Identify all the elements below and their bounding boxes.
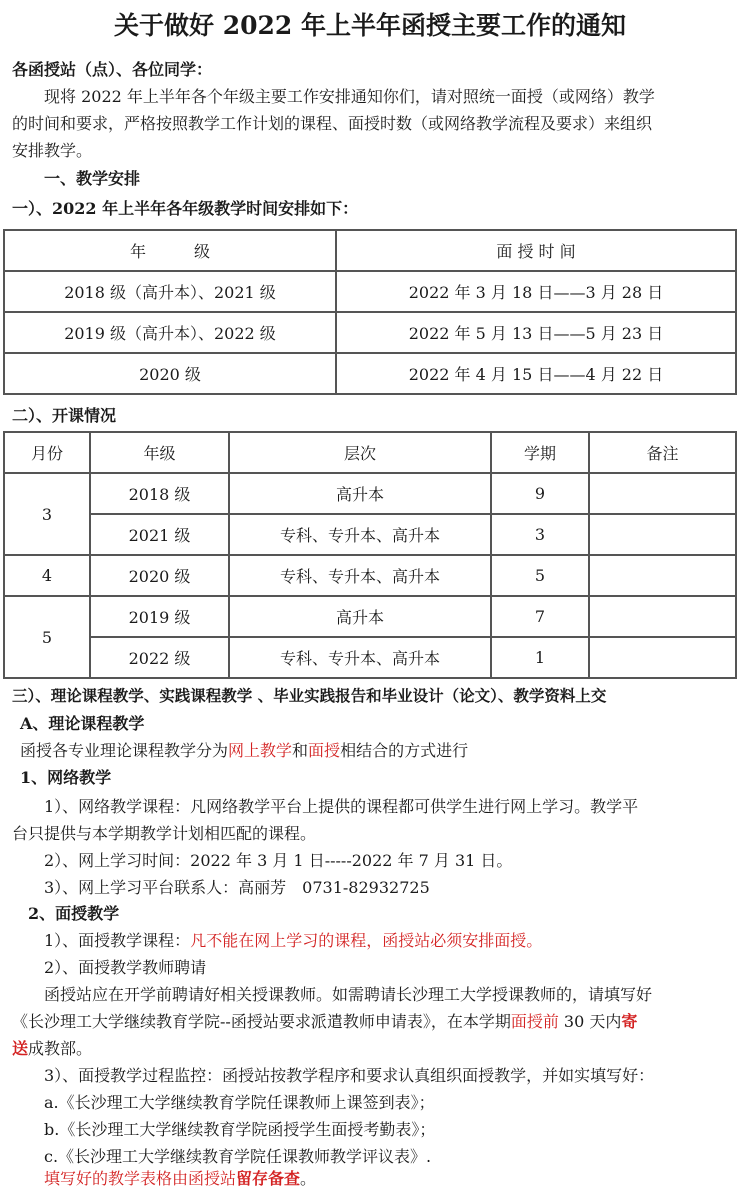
table-header-row: 月份 年级 层次 学期 备注: [4, 432, 736, 473]
header-grade: 年级: [90, 432, 229, 473]
face-item-2: 2）、面授教学教师聘请: [44, 955, 206, 978]
table-row: 2020 级 2022 年 4 月 15 日——4 月 22 日: [4, 353, 736, 394]
face-item-2-line1: 函授站应在开学前聘请好相关授课教师。如需聘请长沙理工大学授课教师的，请填写好: [44, 982, 652, 1005]
cell-term: 3: [491, 514, 589, 555]
network-item-1-cont: 台只提供与本学期教学计划相匹配的课程。: [12, 821, 316, 844]
table-row: 2021 级 专科、专升本、高升本 3: [4, 514, 736, 555]
cell-time: 2022 年 4 月 15 日——4 月 22 日: [336, 353, 736, 394]
table-row: 2019 级（高升本）、2022 级 2022 年 5 月 13 日——5 月 …: [4, 312, 736, 353]
cell-term: 9: [491, 473, 589, 514]
intro-line-3: 安排教学。: [12, 138, 92, 161]
header-grade: 年 级: [4, 230, 336, 271]
cell-time: 2022 年 3 月 18 日——3 月 28 日: [336, 271, 736, 312]
table-row: 4 2020 级 专科、专升本、高升本 5: [4, 555, 736, 596]
cell-term: 5: [491, 555, 589, 596]
network-item-2: 2）、网上学习时间：2022 年 3 月 1 日-----2022 年 7 月 …: [44, 848, 512, 871]
part-a-heading: A、理论课程教学: [20, 711, 144, 734]
face-item-1: 1）、面授教学课程：凡不能在网上学习的课程，函授站必须安排面授。: [44, 928, 542, 951]
network-heading: 1、网络教学: [20, 765, 111, 788]
course-table: 月份 年级 层次 学期 备注 3 2018 级 高升本 9 2021 级 专科、…: [3, 431, 737, 679]
cell-grade: 2021 级: [90, 514, 229, 555]
cell-month: 5: [4, 596, 90, 678]
cell-grade: 2018 级: [90, 473, 229, 514]
table-header-row: 年 级 面 授 时 间: [4, 230, 736, 271]
cell-grade: 2020 级: [4, 353, 336, 394]
table-row: 2022 级 专科、专升本、高升本 1: [4, 637, 736, 678]
form-a: a.《长沙理工大学继续教育学院任课教师上课签到表》；: [44, 1090, 435, 1113]
cell-level: 专科、专升本、高升本: [229, 637, 491, 678]
header-month: 月份: [4, 432, 90, 473]
schedule-table: 年 级 面 授 时 间 2018 级（高升本）、2021 级 2022 年 3 …: [3, 229, 737, 395]
table-row: 5 2019 级 高升本 7: [4, 596, 736, 637]
cell-level: 专科、专升本、高升本: [229, 555, 491, 596]
cell-grade: 2019 级（高升本）、2022 级: [4, 312, 336, 353]
cell-note: [589, 514, 736, 555]
face-item-2-line3: 送成教部。: [12, 1036, 92, 1059]
header-time: 面 授 时 间: [336, 230, 736, 271]
face-item-3: 3）、面授教学过程监控：函授站按教学程序和要求认真组织面授教学，并如实填写好：: [44, 1063, 654, 1086]
cell-month: 3: [4, 473, 90, 555]
header-term: 学期: [491, 432, 589, 473]
cell-grade: 2022 级: [90, 637, 229, 678]
salutation: 各函授站（点）、各位同学：: [12, 57, 212, 80]
table-row: 2018 级（高升本）、2021 级 2022 年 3 月 18 日——3 月 …: [4, 271, 736, 312]
cell-note: [589, 555, 736, 596]
highlight-online: 网上教学: [228, 741, 292, 760]
cell-grade: 2019 级: [90, 596, 229, 637]
face-heading: 2、面授教学: [28, 901, 119, 924]
cell-note: [589, 596, 736, 637]
highlight-face: 面授: [308, 741, 340, 760]
table-row: 3 2018 级 高升本 9: [4, 473, 736, 514]
part-a-text: 函授各专业理论课程教学分为网上教学和面授相结合的方式进行: [20, 738, 468, 761]
cell-grade: 2020 级: [90, 555, 229, 596]
subheading-courses: 二）、开课情况: [12, 403, 116, 426]
header-level: 层次: [229, 432, 491, 473]
network-item-1: 1）、网络教学课程：凡网络教学平台上提供的课程都可供学生进行网上学习。教学平: [44, 794, 638, 817]
final-note: 填写好的教学表格由函授站留存备查。: [44, 1166, 316, 1189]
header-note: 备注: [589, 432, 736, 473]
cell-note: [589, 473, 736, 514]
cell-level: 高升本: [229, 473, 491, 514]
cell-term: 7: [491, 596, 589, 637]
intro-line-2: 的时间和要求，严格按照教学工作计划的课程、面授时数（或网络教学流程及要求）来组织: [12, 111, 652, 134]
form-c: c.《长沙理工大学继续教育学院任课教师教学评议表》.: [44, 1144, 431, 1167]
face-item-2-line2: 《长沙理工大学继续教育学院--函授站要求派遣教师申请表》，在本学期面授前 30 …: [12, 1009, 637, 1032]
intro-line-1: 现将 2022 年上半年各个年级主要工作安排通知你们，请对照统一面授（或网络）教…: [44, 84, 655, 107]
cell-note: [589, 637, 736, 678]
subheading-schedule: 一）、2022 年上半年各年级教学时间安排如下：: [12, 196, 358, 219]
cell-level: 高升本: [229, 596, 491, 637]
section-heading-1: 一、教学安排: [44, 166, 140, 189]
network-item-3: 3）、网上学习平台联系人：高丽芳 0731-82932725: [44, 875, 430, 898]
cell-term: 1: [491, 637, 589, 678]
document-title: 关于做好 2022 年上半年函授主要工作的通知: [0, 6, 740, 42]
cell-time: 2022 年 5 月 13 日——5 月 23 日: [336, 312, 736, 353]
subheading-teaching: 三）、理论课程教学、实践课程教学 、毕业实践报告和毕业设计（论文）、教学资料上交: [12, 684, 606, 706]
form-b: b.《长沙理工大学继续教育学院函授学生面授考勤表》；: [44, 1117, 435, 1140]
cell-level: 专科、专升本、高升本: [229, 514, 491, 555]
cell-month: 4: [4, 555, 90, 596]
cell-grade: 2018 级（高升本）、2021 级: [4, 271, 336, 312]
